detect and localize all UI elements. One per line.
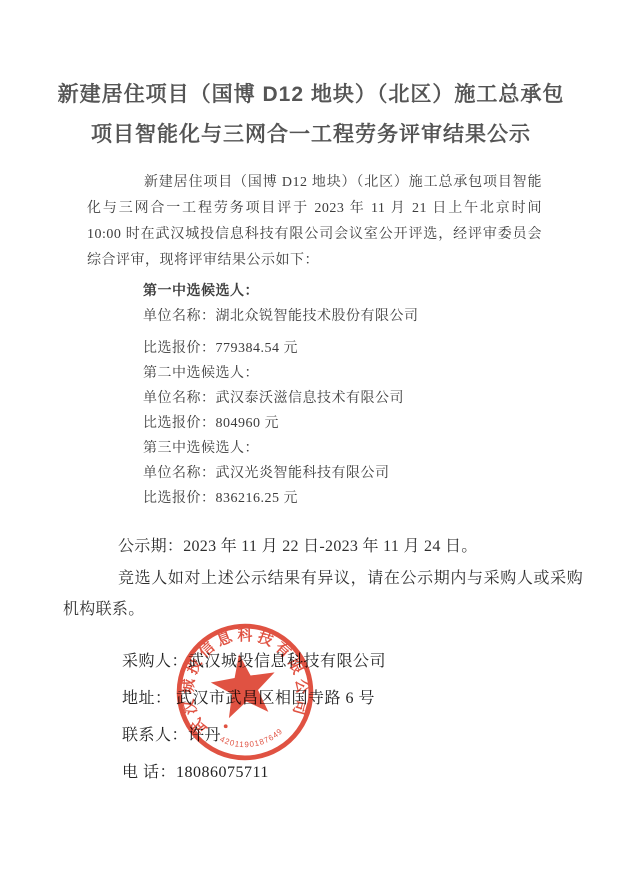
objection-paragraph: 竞选人如对上述公示结果有异议，请在公示期内与采购人或采购机构联系。 xyxy=(63,563,583,625)
intro-paragraph: 新建居住项目（国博 D12 地块）（北区）施工总承包项目智能化与三网合一工程劳务… xyxy=(87,170,542,274)
price-value: 804960 元 xyxy=(216,416,280,431)
candidate-company-line: 单位名称：湖北众锐智能技术股份有限公司 xyxy=(143,306,473,331)
purchaser-label: 采购人： xyxy=(122,653,188,670)
candidate-company-line: 单位名称：武汉光炎智能科技有限公司 xyxy=(143,463,473,488)
document-title: 新建居住项目（国博 D12 地块）（北区）施工总承包 项目智能化与三网合一工程劳… xyxy=(0,80,622,160)
candidate-price-line: 比选报价：804960 元 xyxy=(143,413,473,438)
price-value: 779384.54 元 xyxy=(216,341,299,356)
company-name: 湖北众锐智能技术股份有限公司 xyxy=(216,309,419,324)
purchaser-line: 采购人：武汉城投信息科技有限公司 xyxy=(122,650,542,687)
company-name: 武汉泰沃滋信息技术有限公司 xyxy=(216,391,405,406)
candidate-company-line: 单位名称：武汉泰沃滋信息技术有限公司 xyxy=(143,388,473,413)
contact-person-line: 联系人：许丹 xyxy=(122,724,542,761)
phone-line: 电 话：18086075711 xyxy=(122,761,542,798)
title-line-1: 新建居住项目（国博 D12 地块）（北区）施工总承包 xyxy=(0,80,622,120)
person-value: 许丹 xyxy=(188,727,221,744)
phone-value: 18086075711 xyxy=(176,764,269,781)
company-name: 武汉光炎智能科技有限公司 xyxy=(216,466,390,481)
notice-period: 公示期：2023 年 11 月 22 日-2023 年 11 月 24 日。 xyxy=(63,533,583,556)
candidate-price-line: 比选报价：779384.54 元 xyxy=(143,338,473,363)
company-label: 单位名称： xyxy=(143,309,216,324)
price-value: 836216.25 元 xyxy=(216,491,299,506)
company-label: 单位名称： xyxy=(143,466,216,481)
title-line-2: 项目智能化与三网合一工程劳务评审结果公示 xyxy=(0,120,622,160)
candidates-list: 第一中选候选人： 单位名称：湖北众锐智能技术股份有限公司 比选报价：779384… xyxy=(143,281,473,513)
company-label: 单位名称： xyxy=(143,391,216,406)
contact-block: 采购人：武汉城投信息科技有限公司 地址： 武汉市武昌区相国寺路 6 号 联系人：… xyxy=(122,650,542,798)
candidate-rank-label: 第三中选候选人： xyxy=(143,438,473,463)
purchaser-value: 武汉城投信息科技有限公司 xyxy=(188,653,386,670)
price-label: 比选报价： xyxy=(143,416,216,431)
candidate-price-line: 比选报价：836216.25 元 xyxy=(143,488,473,513)
person-label: 联系人： xyxy=(122,727,188,744)
address-label: 地址： xyxy=(122,690,172,707)
address-line: 地址： 武汉市武昌区相国寺路 6 号 xyxy=(122,687,542,724)
candidate-rank-label: 第二中选候选人： xyxy=(143,363,473,388)
candidate-rank-label: 第一中选候选人： xyxy=(143,281,473,306)
phone-label: 电 话： xyxy=(122,764,176,781)
address-value: 武汉市武昌区相国寺路 6 号 xyxy=(176,690,375,707)
price-label: 比选报价： xyxy=(143,491,216,506)
document-page: 新建居住项目（国博 D12 地块）（北区）施工总承包 项目智能化与三网合一工程劳… xyxy=(0,0,622,877)
price-label: 比选报价： xyxy=(143,341,216,356)
